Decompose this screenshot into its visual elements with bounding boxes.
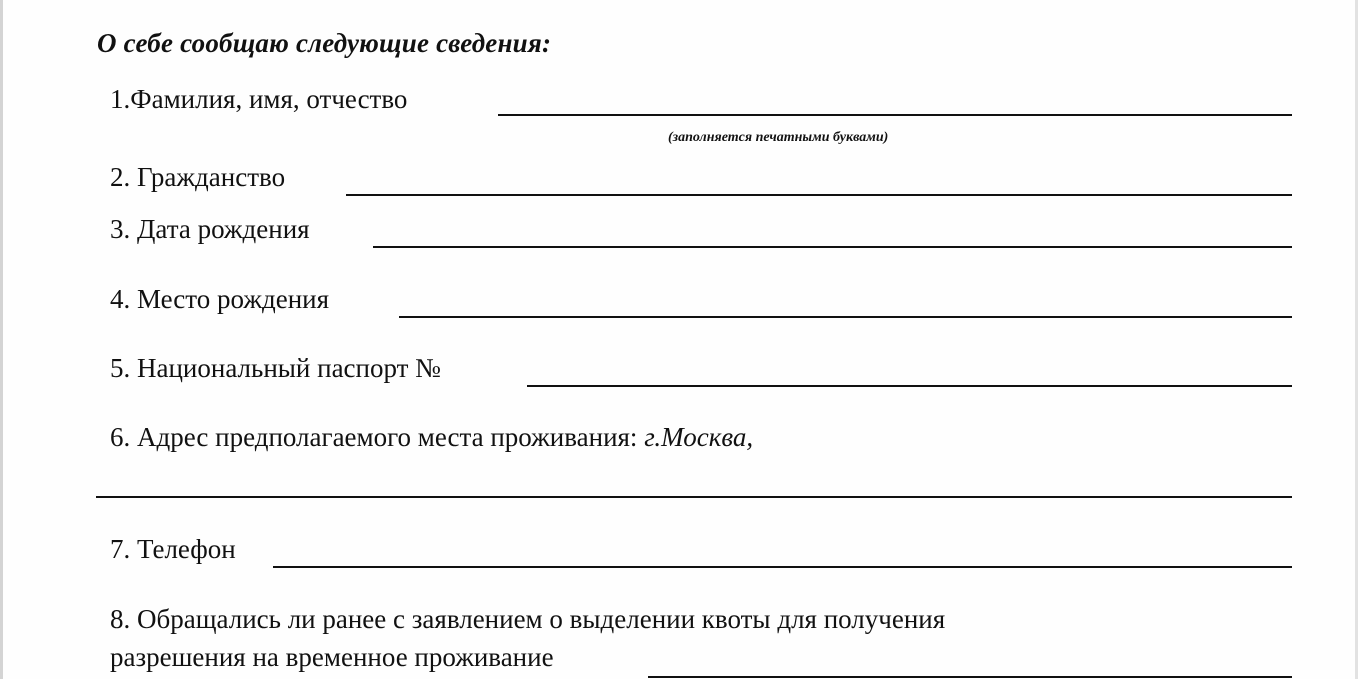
field-7-phone-input-line[interactable] — [273, 566, 1292, 568]
field-3-text: Дата рождения — [137, 214, 310, 244]
field-5-passport-input-line[interactable] — [527, 385, 1292, 387]
field-5-number: 5. — [110, 353, 130, 383]
field-6-prefilled-city: г.Москва, — [644, 422, 753, 452]
field-8-label-line1: 8. Обращались ли ранее с заявлением о вы… — [110, 606, 945, 633]
field-6-address-input-line[interactable] — [96, 496, 1292, 498]
field-7-number: 7. — [110, 534, 130, 564]
field-6-number: 6. — [110, 422, 130, 452]
field-3-number: 3. — [110, 214, 130, 244]
field-4-label: 4. Место рождения — [110, 286, 329, 313]
field-2-citizenship-input-line[interactable] — [346, 194, 1292, 196]
field-1-label: 1.Фамилия, имя, отчество — [110, 86, 407, 113]
field-4-text: Место рождения — [137, 284, 329, 314]
field-2-label: 2. Гражданство — [110, 164, 285, 191]
field-3-label: 3. Дата рождения — [110, 216, 310, 243]
field-6-label: 6. Адрес предполагаемого места проживани… — [110, 424, 753, 451]
field-7-text: Телефон — [137, 534, 236, 564]
field-1-fullname-input-line[interactable] — [498, 114, 1292, 116]
field-1-hint: (заполняется печатными буквами) — [668, 130, 888, 146]
field-5-label: 5. Национальный паспорт № — [110, 355, 441, 382]
field-1-number: 1. — [110, 84, 130, 114]
field-4-birthplace-input-line[interactable] — [399, 316, 1292, 318]
field-5-text: Национальный паспорт № — [137, 353, 441, 383]
field-3-birthdate-input-line[interactable] — [373, 246, 1292, 248]
field-4-number: 4. — [110, 284, 130, 314]
field-8-label-line2: разрешения на временное проживание — [110, 644, 554, 671]
page-border-left — [0, 0, 3, 679]
field-6-text: Адрес предполагаемого места проживания: — [137, 422, 637, 452]
field-8-quota-answer-input-line[interactable] — [648, 676, 1292, 678]
field-8-text-line1: Обращались ли ранее с заявлением о выдел… — [137, 604, 945, 634]
field-8-number: 8. — [110, 604, 130, 634]
field-2-text: Гражданство — [137, 162, 285, 192]
field-2-number: 2. — [110, 162, 130, 192]
field-1-text: Фамилия, имя, отчество — [130, 84, 407, 114]
form-heading: О себе сообщаю следующие сведения: — [97, 28, 551, 59]
field-7-label: 7. Телефон — [110, 536, 236, 563]
